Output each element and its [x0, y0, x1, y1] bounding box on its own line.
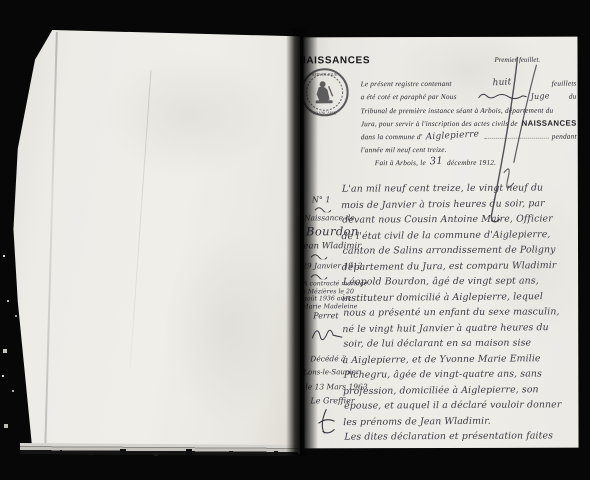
register-page: NAISSANCES Premier feuillet. RÉPUBLIQUE …	[303, 37, 578, 449]
act-line: à Aiglepierre, et de Yvonne Marie Emilie	[343, 352, 579, 370]
printed-text: Le présent registre contenant	[361, 79, 452, 88]
register-declaration: Le présent registre contenant huit feuil…	[361, 75, 577, 168]
printed-text: Tribunal de première instance séant à Ar…	[361, 105, 554, 115]
left-blank-page	[12, 30, 300, 454]
printed-text: feuillets	[552, 79, 577, 88]
handwritten-title: Juge	[530, 92, 549, 102]
printed-text: dans la commune d'	[361, 132, 423, 141]
declaration-line: l'année mil neuf cent treize.	[361, 141, 577, 155]
handwritten-day: 31	[430, 156, 444, 168]
printed-text: Jura, pour servir à l'inscription des ac…	[361, 119, 518, 128]
folio-note: Premier feuillet.	[495, 56, 541, 64]
act-line: né le vingt huit Janvier à quatre heures…	[342, 321, 578, 339]
flourish-icon	[310, 253, 332, 259]
register-scan: NAISSANCES Premier feuillet. RÉPUBLIQUE …	[0, 0, 590, 480]
act-line: de l'état civil de la commune d'Aiglepie…	[341, 228, 577, 246]
printed-text: du	[569, 92, 577, 101]
margin-act-number: N° 1	[312, 195, 331, 204]
flourish-icon	[314, 206, 336, 212]
act-line: département du Jura, est comparu Wladimi…	[342, 259, 578, 277]
declaration-line: dans la commune d' Aiglepierre pendant	[361, 127, 577, 141]
act-line: L'an mil neuf cent treize, le vingt neuf…	[342, 182, 578, 199]
act-line: soir, de lui déclarant en sa maison sise	[343, 337, 578, 354]
printed-text: l'année mil neuf cent treize.	[361, 145, 447, 154]
printed-text: pendant	[552, 132, 577, 141]
margin-death-note: Décédé à	[310, 354, 345, 363]
act-line: devant nous Cousin Antoine Maire, Offici…	[342, 213, 578, 230]
stamp-ring-top-label: RÉPUBLIQUE	[312, 72, 339, 77]
page-crease	[130, 70, 152, 369]
act-line: profession, domiciliée à Aiglepierre, so…	[343, 383, 579, 401]
declaration-line: Le présent registre contenant huit feuil…	[361, 75, 577, 89]
act-line: nous a présenté un enfant du sexe mascul…	[343, 306, 578, 323]
page-crease	[44, 32, 58, 452]
printed-text: a été coté et paraphé par Nous	[361, 92, 457, 101]
declaration-line: Jura, pour servir à l'inscription des ac…	[361, 114, 577, 128]
act-line: les prénoms de Jean Wladimir.	[343, 414, 578, 432]
act-line: épouse, et auquel il a déclaré vouloir d…	[344, 399, 579, 416]
section-title: NAISSANCES	[303, 55, 370, 66]
film-noise	[3, 255, 5, 257]
act-line: instituteur domicilié à Aiglepierre, leq…	[342, 290, 578, 308]
magistrate-signature-icon	[476, 91, 528, 101]
fiscal-stamp-icon: RÉPUBLIQUE FRANÇAISE	[303, 66, 350, 118]
declaration-line: Tribunal de première instance séant à Ar…	[361, 101, 577, 115]
printed-text: décembre 1912.	[447, 158, 496, 167]
act-line: canton de Salins arrondissement de Polig…	[343, 244, 579, 261]
film-noise	[60, 450, 62, 452]
clerk-paraph-icon	[310, 325, 344, 343]
printed-rule	[485, 138, 549, 139]
act-line: Léopold Bourdon, âgé de vingt sept ans,	[343, 275, 579, 292]
clerk-signature-icon	[312, 407, 342, 437]
declaration-line: a été coté et paraphé par Nous Juge du	[361, 88, 577, 102]
stamp-seated-figure	[316, 81, 333, 103]
act-line: mois de Janvier à trois heures du soir, …	[341, 197, 577, 215]
printed-emphasis: NAISSANCES	[522, 118, 577, 127]
flourish-icon	[310, 273, 332, 279]
act-line: Les dites déclaration et présentation fa…	[344, 430, 578, 447]
handwritten-count: huit	[492, 78, 511, 89]
act-line: Pichegru, âgée de vingt-quatre ans, sans	[344, 368, 579, 385]
birth-act-text: L'an mil neuf cent treize, le vingt neuf…	[341, 182, 579, 448]
declaration-line: Fait à Arbois, le 31 décembre 1912.	[375, 154, 577, 168]
margin-marriage-note: Perret	[313, 311, 338, 320]
printed-text: Fait à Arbois, le	[375, 158, 426, 167]
stamp-ring-bottom-label: FRANÇAISE	[313, 110, 337, 115]
